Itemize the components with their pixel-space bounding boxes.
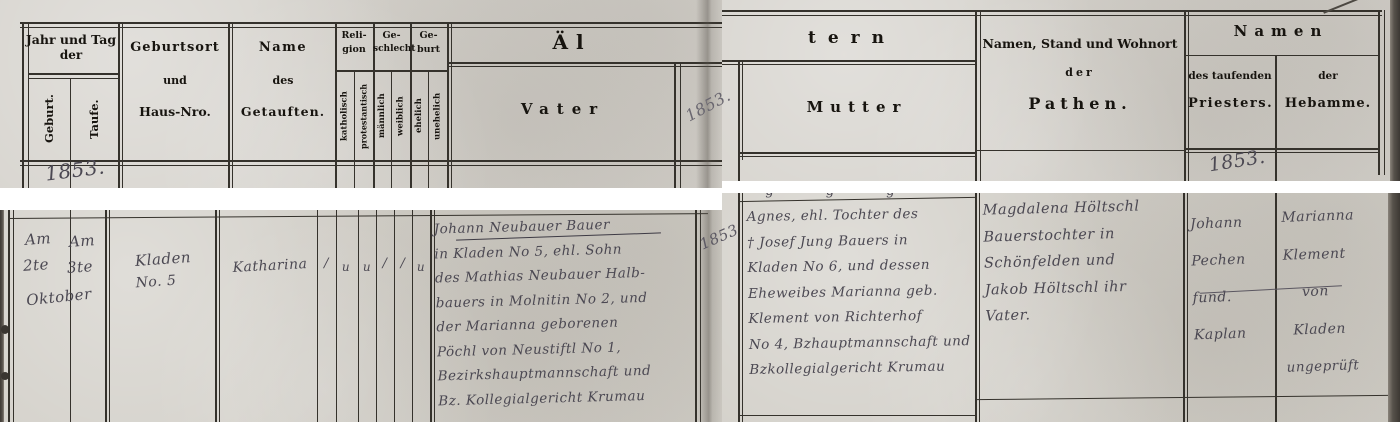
mark-unehelich: u: [412, 260, 430, 274]
rule: [13, 210, 14, 422]
rule: [722, 10, 1382, 12]
rule: [376, 210, 377, 422]
scan-edge: [1390, 0, 1400, 181]
names-banner: Namen: [1188, 22, 1374, 40]
rule: [738, 60, 740, 181]
rule: [1183, 193, 1185, 422]
rule: [738, 152, 975, 154]
rule: [680, 62, 681, 188]
col-header-sex-1: Ge-: [373, 30, 410, 41]
col-header-midwife-2: Hebamme.: [1278, 96, 1378, 111]
rule: [28, 73, 118, 75]
mark-protestantisch: u: [336, 260, 356, 274]
mother-line: No 4, Bzhauptmannschaft und: [749, 329, 977, 358]
rule: [1184, 148, 1378, 150]
rule: [722, 64, 975, 65]
priest-line: Kaplan: [1193, 315, 1276, 355]
record-right-page: g g g Agnes, ehl. Tochter des † Josef Ju…: [722, 193, 1400, 422]
entry-birthplace-1: Kladen: [115, 247, 210, 272]
scan-edge: [0, 210, 4, 422]
mother-line: Agnes, ehl. Tochter des: [746, 201, 974, 230]
col-header-father: Vater: [452, 100, 674, 118]
entry-godparents: Magdalena Höltschl Bauerstochter in Schö…: [982, 193, 1183, 330]
col-header-weiblich: weiblich: [391, 74, 410, 158]
rule: [335, 70, 448, 72]
col-header-mother: Mutter: [742, 98, 972, 116]
mark-maennlich: u: [358, 260, 376, 274]
col-header-protestantisch: protestantisch: [354, 74, 373, 158]
col-header-midwife-1: der: [1278, 70, 1378, 82]
col-header-maennlich: männlich: [373, 74, 391, 158]
col-header-godparents-1: Namen, Stand und Wohnort: [980, 36, 1180, 51]
rule: [975, 395, 1388, 401]
entry-baptized-name: Katharina: [224, 256, 317, 277]
header-left-page: Jahr und Tag der Geburt. Taufe. Geburtso…: [0, 0, 722, 188]
priest-line: fund.: [1192, 278, 1275, 318]
entry-month: Oktober: [9, 283, 108, 311]
col-header-name-3: Getauften.: [232, 104, 334, 119]
rule: [109, 210, 110, 422]
scan-edge: [1388, 193, 1400, 422]
entry-priest: Johann Pechen fund. Kaplan: [1189, 204, 1276, 355]
rule: [738, 415, 975, 416]
col-header-ehelich: ehelich: [410, 74, 428, 158]
rule: [1184, 10, 1186, 181]
col-header-birthplace-2: und: [122, 74, 228, 87]
rule: [447, 66, 722, 67]
rule: [447, 22, 449, 188]
priest-line: Pechen: [1191, 241, 1274, 281]
rule: [20, 160, 722, 162]
col-header-name-1: Name: [232, 40, 334, 55]
col-header-godparents-3: Pathen.: [980, 94, 1180, 113]
col-header-birthplace-3: Haus-Nro.: [122, 104, 228, 119]
col-header-date-group-2: der: [24, 48, 118, 62]
col-header-baptism-date: Taufe.: [70, 80, 118, 158]
rule: [28, 78, 118, 79]
entry-father: Johann Neubauer Bauer in Kladen No 5, eh…: [433, 211, 700, 414]
col-header-name-2: des: [232, 74, 334, 87]
rule: [20, 27, 722, 28]
mother-line: Kladen No 6, und dessen: [747, 252, 975, 281]
godparent-line: Vater.: [985, 298, 1184, 330]
entry-birth-date-1: Am: [17, 229, 58, 250]
rule: [228, 22, 230, 188]
rule: [20, 22, 722, 24]
col-header-katholisch: katholisch: [335, 74, 354, 158]
rule: [317, 210, 318, 422]
col-header-date-group: Jahr und Tag: [24, 32, 118, 47]
rule: [1384, 10, 1385, 175]
rule: [20, 165, 722, 166]
rule: [674, 62, 676, 188]
rule: [412, 210, 413, 422]
col-header-religion-2: gion: [335, 44, 373, 55]
col-header-unehelich: unehelich: [428, 74, 447, 158]
rule: [447, 62, 722, 64]
mark-katholisch: /: [317, 256, 336, 271]
rule: [219, 210, 220, 422]
rule: [336, 210, 337, 422]
mother-line: † Josef Jung Bauers in: [747, 227, 975, 256]
rule: [394, 210, 395, 422]
midwife-line: Marianna: [1281, 196, 1384, 237]
entry-midwife: Marianna Klement von Kladen ungeprüft: [1281, 196, 1389, 387]
col-header-sex-2: schlecht: [373, 44, 410, 54]
col-header-legitimacy-1: Ge-: [410, 30, 447, 41]
entry-baptism-date-1: Am: [61, 231, 102, 252]
rule: [215, 210, 217, 422]
col-header-religion-1: Reli-: [335, 30, 373, 41]
parents-banner-left: Äl: [452, 30, 692, 54]
record-left-page: Am 2te Am 3te Oktober Kladen No. 5 Katha…: [0, 210, 722, 422]
rule: [975, 10, 977, 181]
midwife-line: von: [1283, 271, 1386, 312]
header-right-page: tern Mutter Namen, Stand und Wohnort der…: [722, 0, 1400, 181]
col-header-priest-2: Priesters.: [1188, 96, 1272, 111]
rule: [1184, 55, 1378, 56]
mark-weiblich: /: [376, 256, 394, 271]
entry-birthplace-2: No. 5: [118, 271, 195, 292]
col-header-birth-date: Geburt.: [28, 80, 70, 158]
rule: [358, 210, 359, 422]
mother-line: Bzkollegialgericht Krumau: [749, 354, 977, 383]
rule: [722, 15, 1382, 16]
col-header-godparents-2: der: [980, 66, 1180, 79]
midwife-line: Klement: [1282, 234, 1385, 275]
parents-banner-right: tern: [742, 28, 962, 48]
entry-birth-date-2: 2te: [15, 255, 56, 276]
midwife-line: ungeprüft: [1286, 346, 1389, 387]
rule: [430, 210, 432, 422]
rule: [975, 150, 1184, 151]
rule: [722, 60, 975, 62]
register-page-scan: Jahr und Tag der Geburt. Taufe. Geburtso…: [0, 0, 1400, 422]
col-header-priest-1: des taufenden: [1188, 70, 1272, 82]
mark-ehelich: /: [394, 256, 412, 271]
col-header-legitimacy-2: burt: [410, 44, 447, 55]
midwife-line: Kladen: [1285, 309, 1388, 350]
rule: [1275, 193, 1277, 422]
rule: [8, 210, 10, 422]
entry-mother: Agnes, ehl. Tochter des † Josef Jung Bau…: [746, 201, 977, 383]
rule: [1378, 10, 1380, 175]
priest-line: Johann: [1189, 204, 1272, 244]
entry-baptism-date-2: 3te: [59, 257, 100, 278]
rule: [105, 210, 107, 422]
rule: [1187, 193, 1188, 422]
mother-line: Eheweibes Marianna geb.: [748, 278, 976, 307]
mother-line: Klement von Richterhof: [748, 303, 976, 332]
rule: [738, 156, 975, 157]
rule: [979, 193, 980, 422]
col-header-birthplace-1: Geburtsort: [122, 40, 228, 55]
